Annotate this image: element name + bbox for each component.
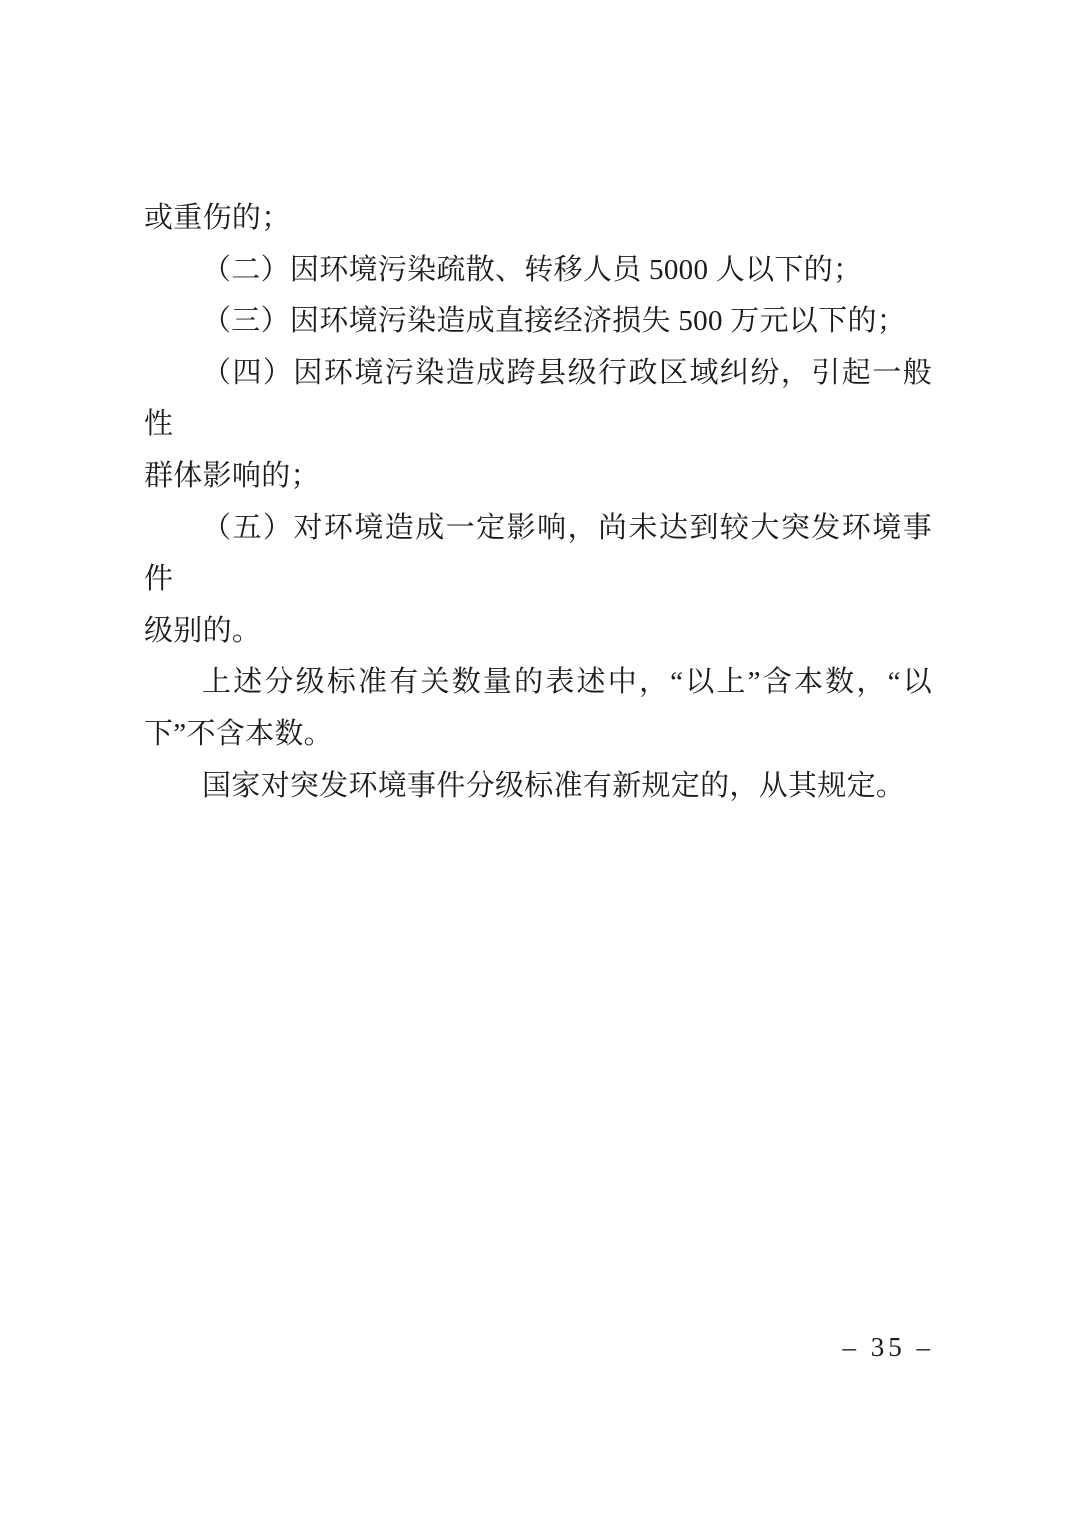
text-line: 或重伤的； — [144, 193, 932, 245]
text-line: 上述分级标准有关数量的表述中，“以上”含本数，“以 — [144, 657, 932, 709]
text-line: 级别的。 — [144, 606, 932, 658]
text-line: 国家对突发环境事件分级标准有新规定的，从其规定。 — [144, 761, 932, 813]
page-number: – 35 – — [843, 1332, 935, 1363]
text-line: （五）对环境造成一定影响，尚未达到较大突发环境事件 — [144, 503, 932, 606]
text-line: 群体影响的； — [144, 451, 932, 503]
text-line: 下”不含本数。 — [144, 709, 932, 761]
text-line: （二）因环境污染疏散、转移人员 5000 人以下的； — [144, 245, 932, 297]
document-page: 或重伤的； （二）因环境污染疏散、转移人员 5000 人以下的； （三）因环境污… — [0, 0, 1074, 1520]
text-line: （三）因环境污染造成直接经济损失 500 万元以下的； — [144, 296, 932, 348]
text-line: （四）因环境污染造成跨县级行政区域纠纷，引起一般性 — [144, 348, 932, 451]
document-body: 或重伤的； （二）因环境污染疏散、转移人员 5000 人以下的； （三）因环境污… — [144, 193, 932, 812]
